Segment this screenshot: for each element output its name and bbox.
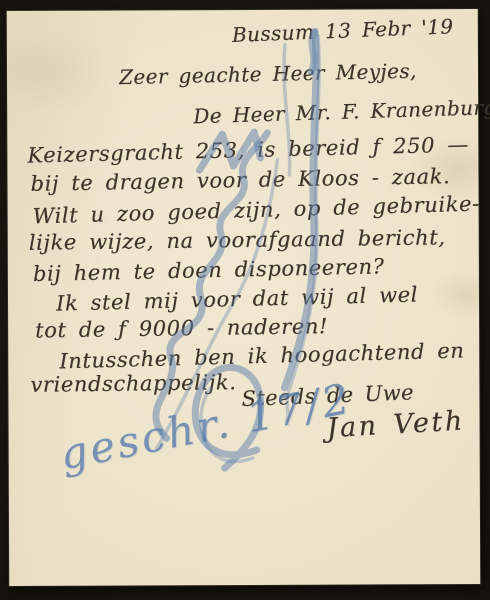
letter-body-line: Ik stel mij voor dat wij al wel [56,282,418,315]
letter-body-line: Keizersgracht 253, is bereid ƒ 250 — [27,132,469,167]
photo-background: Bussum 13 Febr '19 Zeer geachte Heer Mey… [0,0,490,600]
letter-paper: Bussum 13 Febr '19 Zeer geachte Heer Mey… [7,9,481,586]
letter-body-line: lijke wijze, na voorafgaand bericht, [29,225,446,254]
letter-body-line: bij te dragen voor de Kloos - zaak. [30,164,450,196]
letter-body-line: vriendschappelijk. [30,370,236,397]
letter-body-line: bij hem te doen disponeeren? [33,254,385,286]
letter-body-line: tot de ƒ 9000 - naderen! [35,314,328,342]
letter-body-line: Intusschen ben ik hoogachtend en [59,338,465,373]
letter-recipient-line: De Heer Mr. F. Kranenburg, [193,95,490,128]
letter-body-line: Wilt u zoo goed zijn, op de gebruike- [32,192,480,229]
letter-salutation: Zeer geachte Heer Meyjes, [119,59,417,89]
letter-dateline: Bussum 13 Febr '19 [232,14,454,47]
